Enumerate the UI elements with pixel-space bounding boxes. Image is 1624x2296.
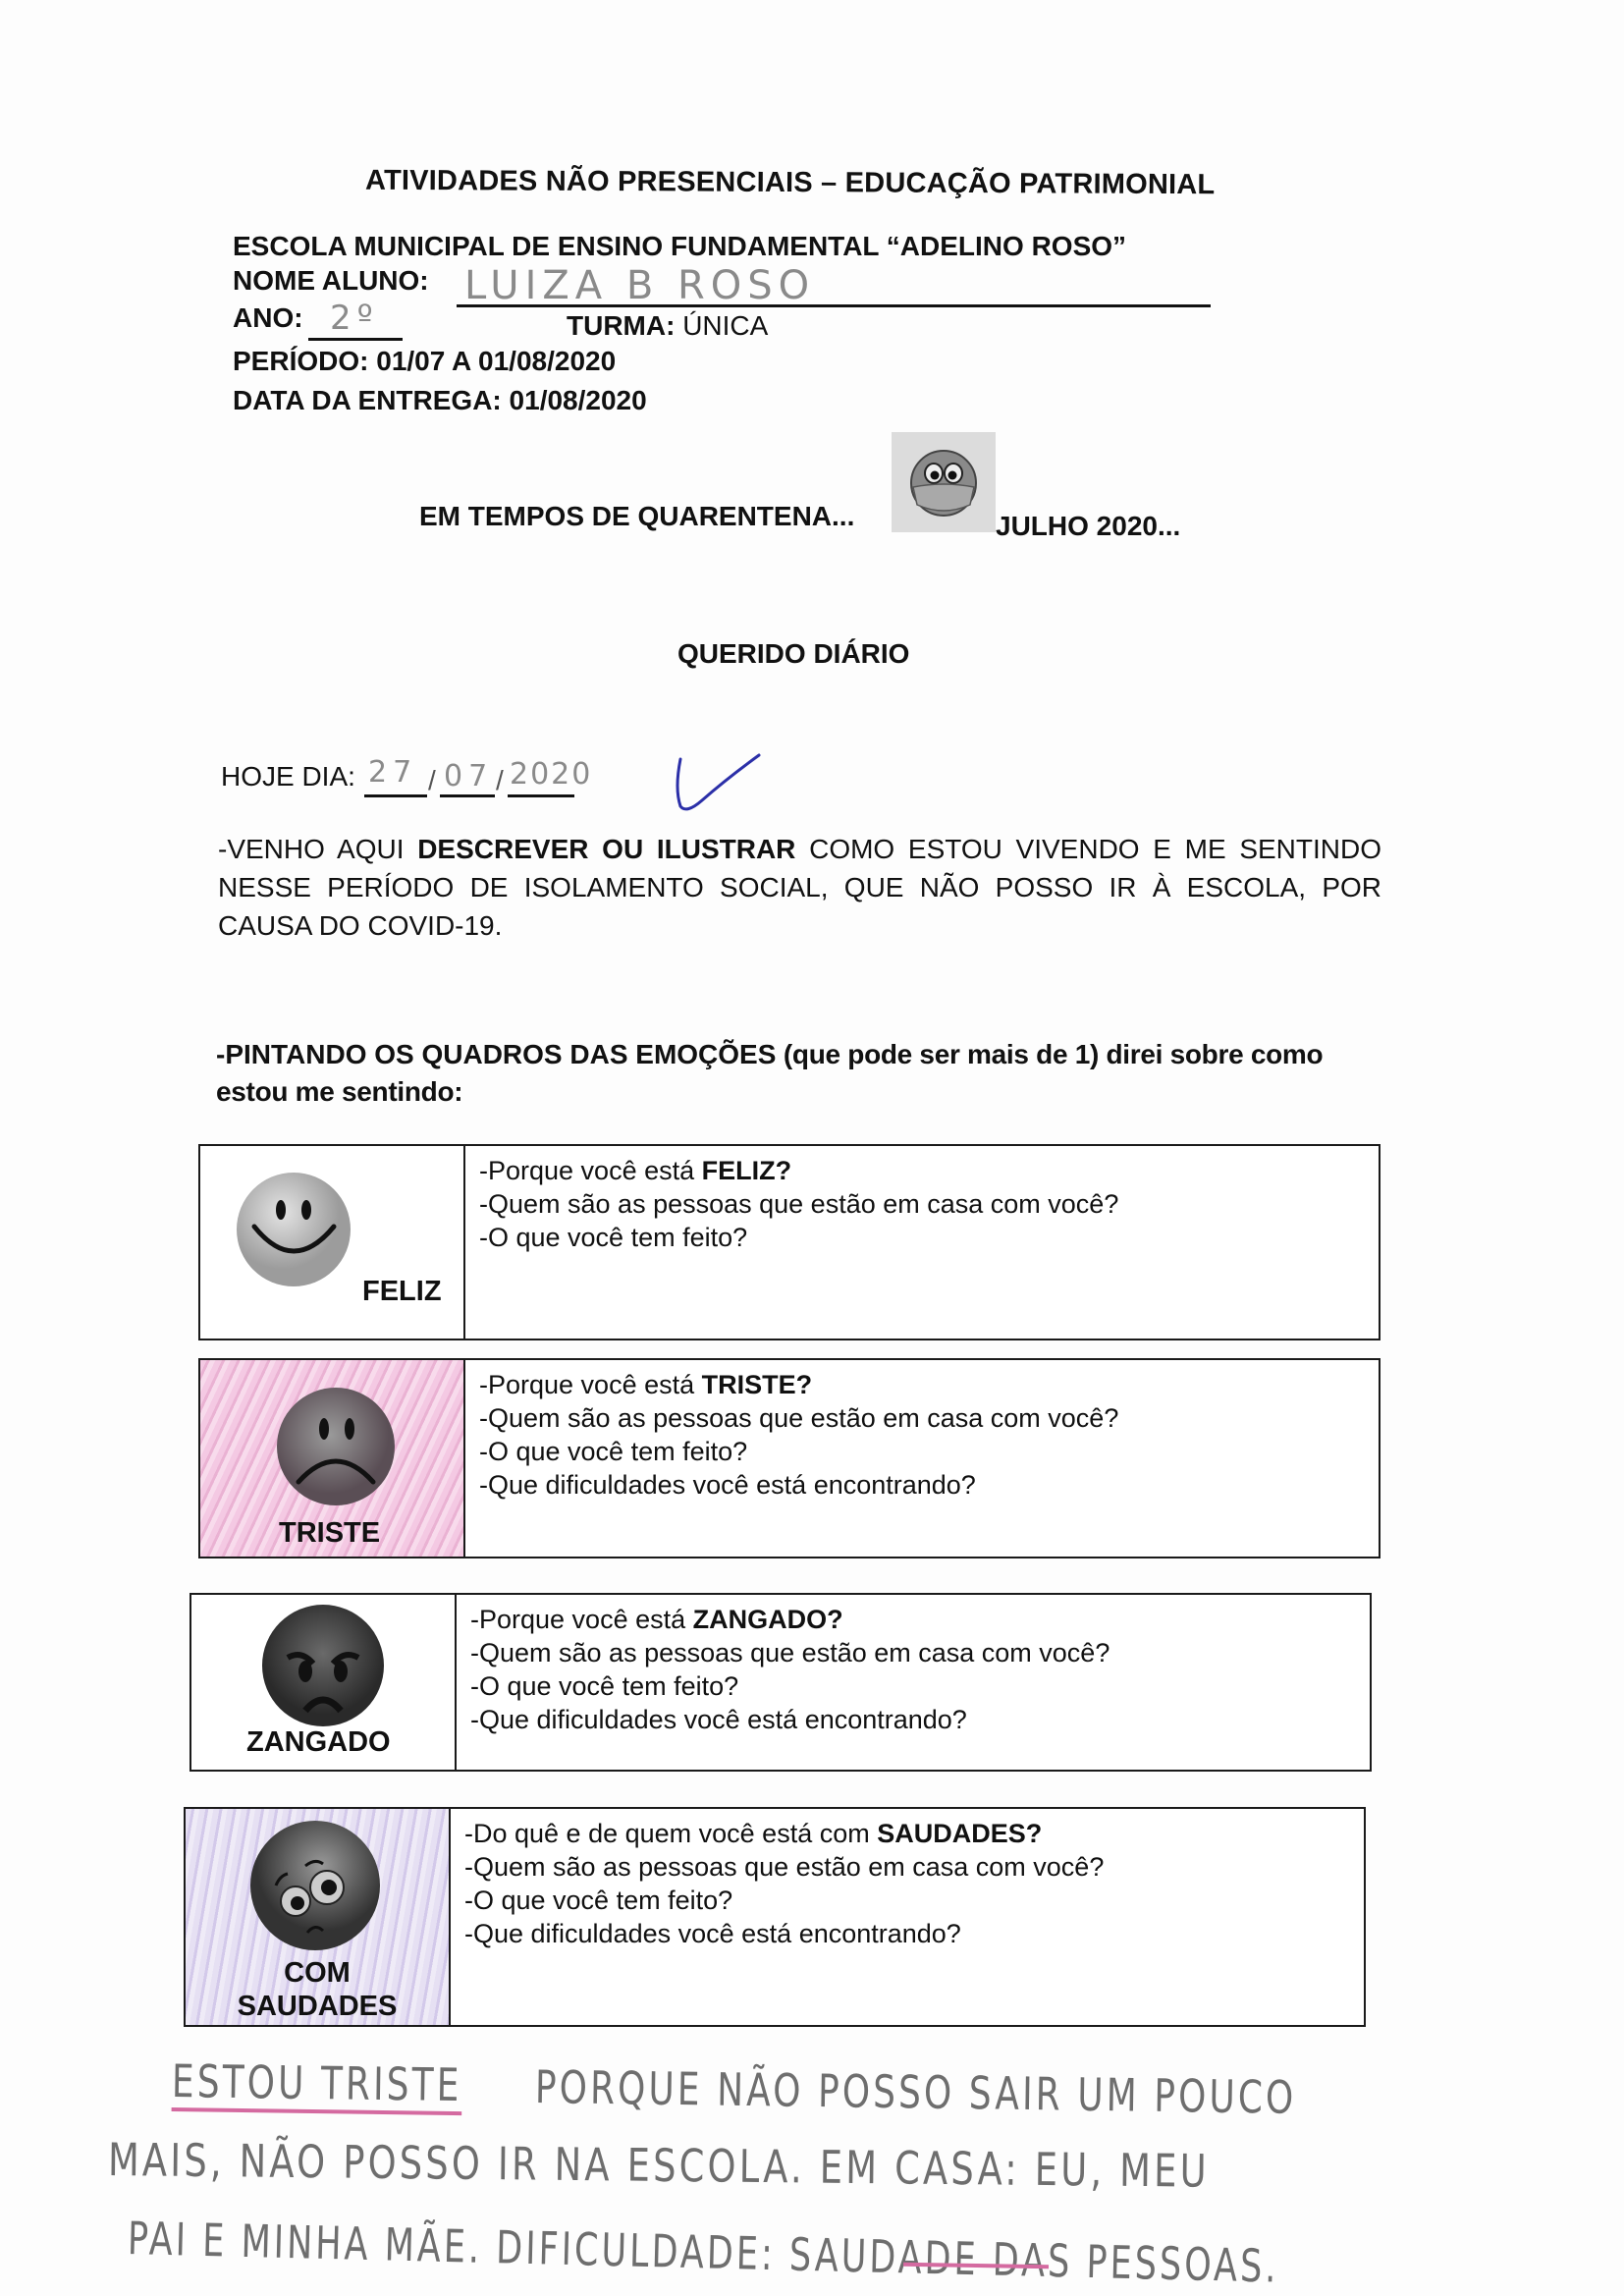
handwritten-line-2: MAIS, NÃO POSSO IR NA ESCOLA. EM CASA: E… [108, 2133, 1210, 2198]
question-1: -Porque você está ZANGADO? [470, 1603, 1370, 1636]
highlighted-text: ESTOU TRISTE [172, 2054, 462, 2115]
happy-face-icon [230, 1166, 357, 1293]
period-value: 01/07 A 01/08/2020 [376, 346, 616, 376]
month-value: 07 [444, 759, 493, 793]
question-emphasis: FELIZ? [702, 1156, 791, 1185]
emotion-label-line1: COM [186, 1956, 449, 1990]
question-emphasis: TRISTE? [702, 1370, 813, 1399]
question-text: -Porque você está [479, 1156, 702, 1185]
question-3: -O que você tem feito? [479, 1221, 1379, 1254]
instruction-bold: -PINTANDO OS QUADROS DAS EMOÇÕES [216, 1039, 776, 1069]
question-3: -O que você tem feito? [470, 1669, 1370, 1703]
student-name-row: NOME ALUNO: LUIZA B ROSO [233, 265, 1215, 297]
period-row: PERÍODO: 01/07 A 01/08/2020 [233, 346, 616, 377]
quarantine-text: EM TEMPOS DE QUARENTENA... [419, 501, 854, 532]
question-4: -Que dificuldades você está encontrando? [464, 1917, 1364, 1950]
year-class-row: ANO: 2º TURMA: ÚNICA [233, 302, 920, 334]
period-label: PERÍODO: [233, 346, 368, 376]
question-1: -Porque você está TRISTE? [479, 1368, 1379, 1401]
check-mark-icon [673, 749, 771, 818]
emotion-cell-sad-colored[interactable]: TRISTE [200, 1360, 465, 1557]
handwritten-text: PORQUE NÃO POSSO SAIR UM POUCO [535, 2060, 1297, 2124]
teary-face-icon [246, 1817, 384, 1954]
question-2: -Quem são as pessoas que estão em casa c… [479, 1401, 1379, 1435]
question-4: -Que dificuldades você está encontrando? [470, 1703, 1370, 1736]
intro-prefix: -VENHO AQUI [218, 834, 417, 864]
question-4: -Que dificuldades você está encontrando? [479, 1468, 1379, 1502]
class-label: TURMA: [567, 310, 675, 341]
document-title: ATIVIDADES NÃO PRESENCIAIS – EDUCAÇÃO PA… [365, 165, 1216, 202]
emotion-box-happy[interactable]: FELIZ -Porque você está FELIZ? -Quem são… [198, 1144, 1380, 1340]
question-emphasis: ZANGADO? [693, 1605, 843, 1634]
today-label: HOJE DIA: [221, 761, 355, 792]
emotion-box-sad[interactable]: TRISTE -Porque você está TRISTE? -Quem s… [198, 1358, 1380, 1558]
year-value: 2º [330, 299, 379, 338]
date-separator: / [428, 765, 436, 796]
emotion-cell-happy[interactable]: FELIZ [200, 1146, 465, 1339]
class-info: TURMA: ÚNICA [567, 310, 768, 342]
question-emphasis: SAUDADES? [877, 1819, 1042, 1848]
question-2: -Quem são as pessoas que estão em casa c… [470, 1636, 1370, 1669]
today-date-row: HOJE DIA: 27 / 07 / 2020 [221, 761, 810, 820]
question-text: -Porque você está [470, 1605, 693, 1634]
question-2: -Quem são as pessoas que estão em casa c… [464, 1850, 1364, 1884]
intro-bold: DESCREVER OU ILUSTRAR [417, 834, 795, 864]
delivery-label: DATA DA ENTREGA: [233, 385, 502, 415]
year-label: ANO: [233, 302, 303, 333]
student-name-label: NOME ALUNO: [233, 265, 429, 296]
question-1: -Porque você está FELIZ? [479, 1154, 1379, 1187]
emotion-box-missing[interactable]: COM SAUDADES -Do quê e de quem você está… [184, 1807, 1366, 2027]
angry-face-icon [258, 1601, 388, 1730]
emotion-box-angry[interactable]: ZANGADO -Porque você está ZANGADO? -Quem… [189, 1593, 1372, 1772]
date-separator: / [496, 765, 504, 796]
school-name: ESCOLA MUNICIPAL DE ENSINO FUNDAMENTAL “… [233, 231, 1126, 262]
emotion-cell-angry[interactable]: ZANGADO [191, 1595, 457, 1770]
year-date-value: 2020 [510, 757, 592, 792]
emotion-questions: -Do quê e de quem você está com SAUDADES… [451, 1809, 1364, 2025]
handwritten-line-3: PAI E MINHA MÃE. DIFICULDADE: SAUDADE DA… [127, 2212, 1279, 2293]
year-date-field[interactable]: 2020 [508, 763, 574, 797]
emotion-label-line2: SAUDADES [186, 1990, 449, 2023]
class-value: ÚNICA [682, 310, 768, 341]
emotion-label: COM SAUDADES [186, 1956, 449, 2023]
sad-face-icon [271, 1382, 401, 1511]
instruction-text: -PINTANDO OS QUADROS DAS EMOÇÕES (que po… [216, 1036, 1384, 1111]
question-text: -Porque você está [479, 1370, 702, 1399]
intro-paragraph: -VENHO AQUI DESCREVER OU ILUSTRAR COMO E… [218, 830, 1381, 945]
year-field[interactable]: 2º [308, 304, 403, 341]
emotion-questions: -Porque você está ZANGADO? -Quem são as … [457, 1595, 1370, 1770]
question-3: -O que você tem feito? [464, 1884, 1364, 1917]
question-1: -Do quê e de quem você está com SAUDADES… [464, 1817, 1364, 1850]
emotion-label: TRISTE [279, 1517, 380, 1550]
handwritten-line-1: ESTOU TRISTE [172, 2054, 462, 2111]
masked-face-icon [892, 432, 996, 532]
emotion-questions: -Porque você está FELIZ? -Quem são as pe… [465, 1146, 1379, 1339]
emotion-questions: -Porque você está TRISTE? -Quem são as p… [465, 1360, 1379, 1557]
question-text: -Do quê e de quem você está com [464, 1819, 877, 1848]
emotion-label: ZANGADO [246, 1726, 391, 1759]
handwritten-line-1-rest: PORQUE NÃO POSSO SAIR UM POUCO [535, 2060, 1297, 2124]
emotion-cell-missing-colored[interactable]: COM SAUDADES [186, 1809, 451, 2025]
delivery-value: 01/08/2020 [510, 385, 647, 415]
diary-heading: QUERIDO DIÁRIO [677, 638, 909, 670]
emotion-label: FELIZ [362, 1276, 442, 1308]
day-field[interactable]: 27 [364, 763, 427, 797]
question-3: -O que você tem feito? [479, 1435, 1379, 1468]
month-text: JULHO 2020... [996, 511, 1180, 542]
day-value: 27 [368, 755, 417, 790]
delivery-row: DATA DA ENTREGA: 01/08/2020 [233, 385, 647, 416]
month-field[interactable]: 07 [440, 763, 495, 797]
question-2: -Quem são as pessoas que estão em casa c… [479, 1187, 1379, 1221]
